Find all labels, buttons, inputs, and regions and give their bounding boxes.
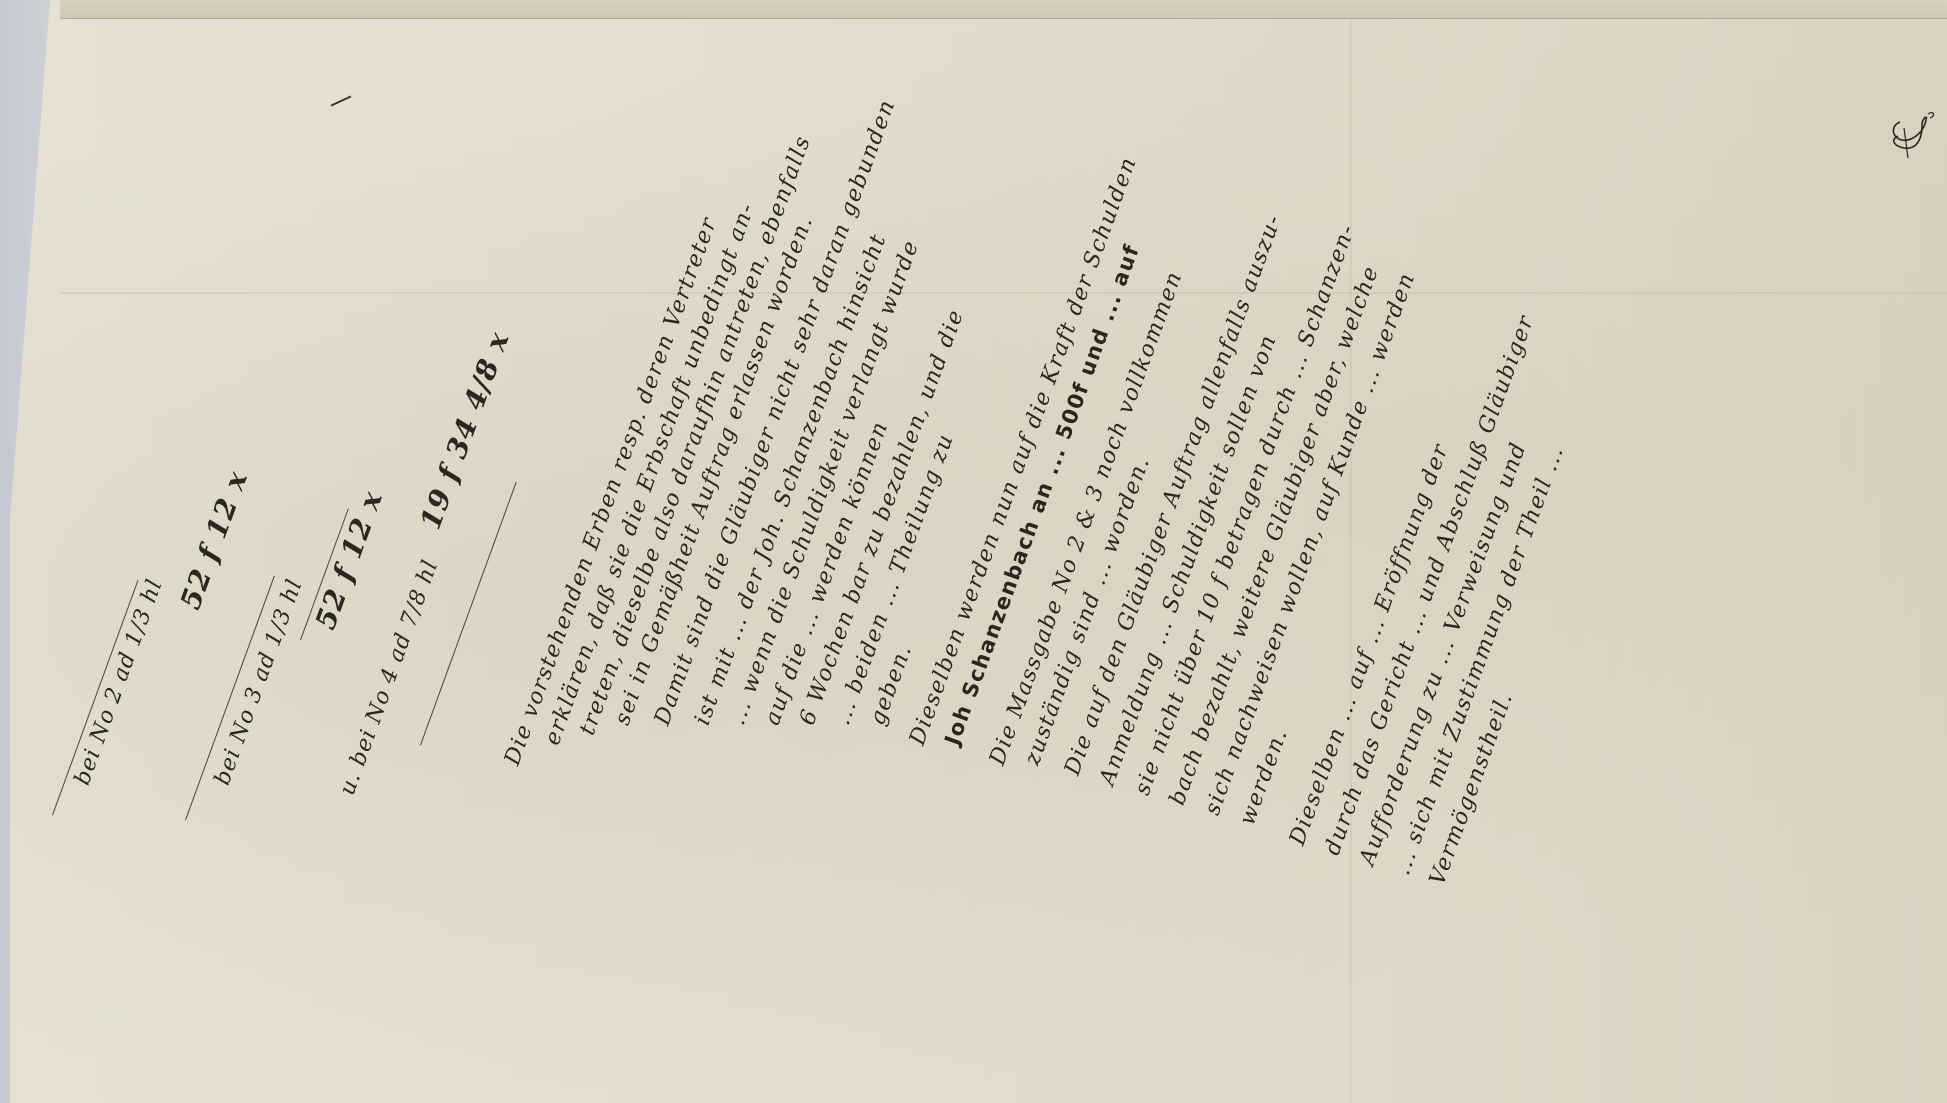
page-crease-vertical	[1350, 18, 1352, 1103]
monogram-signature-icon	[1880, 110, 1940, 170]
page-crease	[60, 292, 1947, 294]
page-fold-top	[60, 0, 1947, 19]
